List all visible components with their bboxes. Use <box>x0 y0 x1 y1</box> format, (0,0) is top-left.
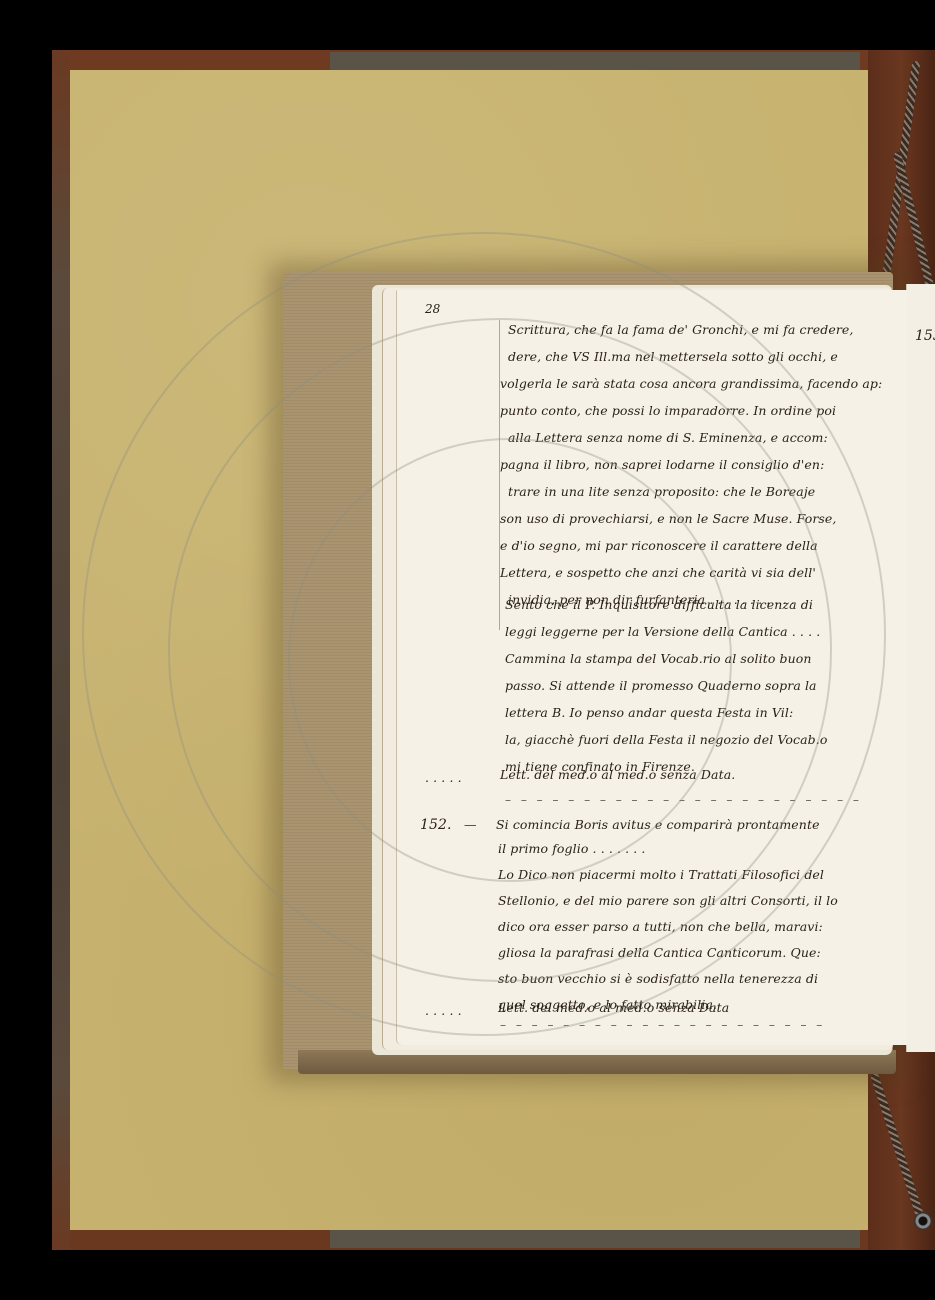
separator-dashes: – – – – – – – – – – – – – – – – – – – – … <box>500 1018 825 1032</box>
right-page: 153 <box>906 284 935 1052</box>
separator-dashes: – – – – – – – – – – – – – – – – – – – – … <box>505 793 862 807</box>
text-line: dere, che VS Ill.ma nel mettersela sotto… <box>508 349 838 364</box>
text-line: Lettera, e sospetto che anzi che carità … <box>500 565 816 580</box>
cloth-spine-edge <box>52 50 70 1250</box>
entry-5-margin-mark: . . . . . <box>425 1003 462 1018</box>
text-line: trare in una lite senza proposito: che l… <box>508 484 815 499</box>
text-line: alla Lettera senza nome di S. Eminenza, … <box>508 430 828 445</box>
text-line: Sento che il P. Inquisitore difficulta l… <box>505 597 813 612</box>
text-line: leggi leggerne per la Versione della Can… <box>505 624 820 639</box>
entry-dash: — <box>464 817 477 832</box>
text-line: il primo foglio . . . . . . . <box>498 841 646 856</box>
entry-number: 152. <box>420 817 452 833</box>
text-line: pagna il libro, non saprei lodarne il co… <box>500 457 824 472</box>
text-line: lettera B. Io penso andar questa Festa i… <box>505 705 793 720</box>
text-line: la, giacchè fuori della Festa il negozio… <box>505 732 827 747</box>
margin-rule <box>499 320 500 630</box>
entry-5-heading: Lett. del med.o al med.o senza Data <box>498 1000 729 1015</box>
text-line: son uso di provechiarsi, e non le Sacre … <box>500 511 837 526</box>
cloth-corner-bottom <box>330 1230 860 1248</box>
cloth-corner-top <box>330 52 860 70</box>
text-line: e d'io segno, mi par riconoscere il cara… <box>500 538 818 553</box>
text-line: Scrittura, che fa la fama de' Gronchi, e… <box>508 322 853 337</box>
text-line: punto conto, che possi lo imparadorre. I… <box>500 403 836 418</box>
text-line: Cammina la stampa del Vocab.rio al solit… <box>505 651 812 666</box>
right-page-number: 153 <box>915 328 935 344</box>
metal-grommet-icon <box>914 1212 932 1230</box>
page-number: 28 <box>425 302 440 316</box>
text-line: Si comincia Boris avitus e comparirà pro… <box>496 817 820 832</box>
text-line: gliosa la parafrasi della Cantica Cantic… <box>498 945 821 960</box>
text-line: volgerla le sarà stata cosa ancora grand… <box>500 376 882 391</box>
text-line: passo. Si attende il promesso Quaderno s… <box>505 678 817 693</box>
entry-3-margin-mark: . . . . . <box>425 770 462 785</box>
text-line: Stellonio, e del mio parere son gli altr… <box>498 893 838 908</box>
entry-3-heading: Lett. del med.o al med.o senza Data. <box>500 767 735 782</box>
text-line: sto buon vecchio si è sodisfatto nella t… <box>498 971 818 986</box>
text-line: Lo Dico non piacermi molto i Trattati Fi… <box>498 867 824 882</box>
text-line: dico ora esser parso a tutti, non che be… <box>498 919 823 934</box>
